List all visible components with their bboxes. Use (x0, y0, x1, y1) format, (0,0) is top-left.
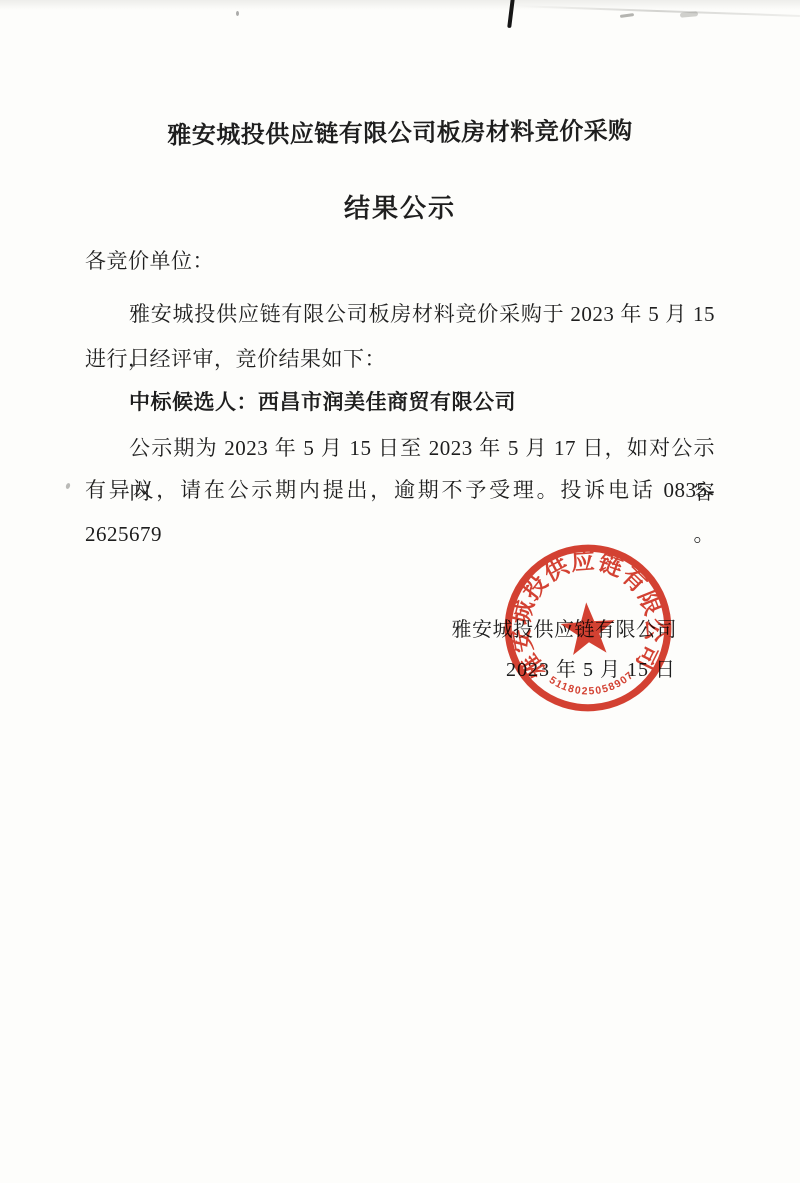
seal-star-icon (559, 601, 617, 656)
scan-edge-shading (0, 0, 800, 10)
winning-bidder-line: 中标候选人：西昌市润美佳商贸有限公司 (85, 380, 715, 424)
company-seal: 雅安城投供应链有限公司 5118025058907 (487, 527, 690, 730)
salutation-line: 各竞价单位： (85, 239, 715, 283)
scan-artifact-smudge (680, 11, 698, 18)
document-subtitle: 结果公示 (0, 186, 800, 230)
scan-artifact-speck (236, 11, 239, 16)
body-line: 进行，经评审，竞价结果如下： (85, 337, 715, 381)
scan-artifact-speck (65, 482, 71, 489)
scanned-document-page: 雅安城投供应链有限公司板房材料竞价采购 结果公示 各竞价单位： 雅安城投供应链有… (0, 0, 800, 1183)
document-title: 雅安城投供应链有限公司板房材料竞价采购 (0, 108, 800, 160)
scan-artifact-dash (620, 13, 634, 18)
